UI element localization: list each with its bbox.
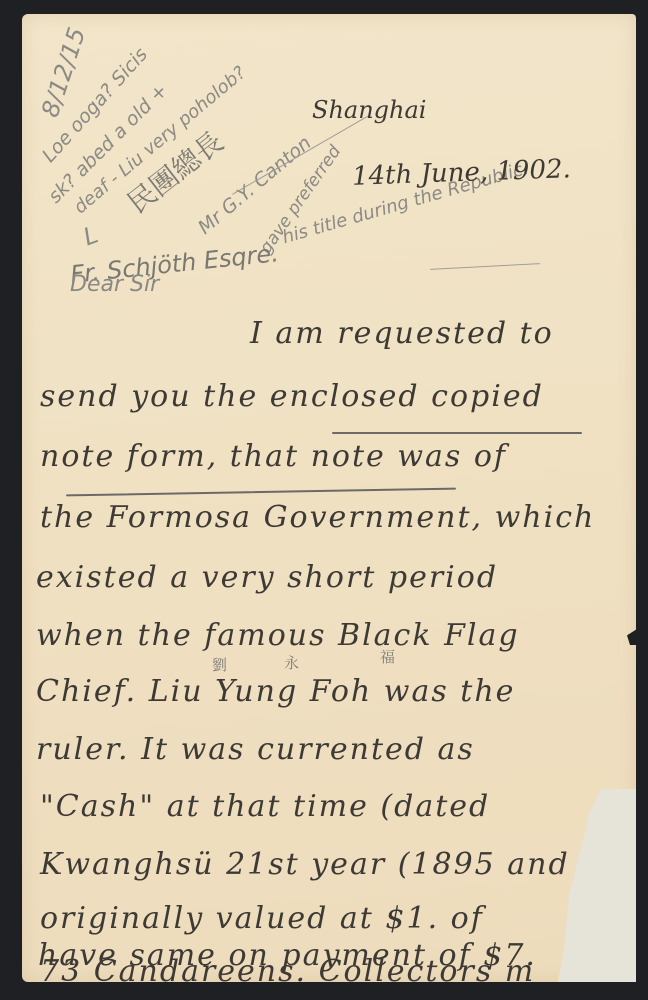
body-line-3: note form, that note was of: [40, 439, 507, 474]
pencil-mark: L: [80, 221, 102, 252]
pencil-underline-republic: [430, 263, 540, 270]
body-line-9: "Cash" at that time (dated: [40, 789, 490, 824]
torn-corner: [558, 789, 636, 982]
letter-date: 14th June, 1902.: [352, 154, 572, 192]
body-line-1: I am requested to: [250, 316, 554, 351]
body-line-10: Kwanghsü 21st year (1895 and: [40, 847, 570, 882]
chinese-char-liu: 劉: [212, 654, 227, 675]
body-line-11: originally valued at $1. of: [40, 901, 484, 936]
body-line-6: when the famous Black Flag: [36, 618, 520, 653]
chinese-char-yung: 永: [284, 652, 299, 673]
page-edge-notch: [627, 629, 637, 645]
salutation: Dear Sir: [70, 272, 159, 297]
body-line-4: the Formosa Government, which: [40, 500, 595, 535]
body-line-5: existed a very short period: [36, 560, 498, 595]
letter-place: Shanghai: [312, 96, 426, 124]
chinese-char-fuk: 福: [380, 646, 395, 667]
letter-page: 8/12/15 Loe ooga? Sicis sk? abed a old +…: [22, 14, 636, 982]
underline-enclosed-copied: [332, 432, 582, 434]
body-line-7: Chief. Liu Yung Foh was the: [36, 674, 515, 709]
body-line-2: send you the enclosed copied: [40, 379, 544, 414]
body-line-8: ruler. It was currented as: [36, 732, 475, 767]
body-line-13: have same on payment of $7.: [38, 938, 537, 973]
underline-note-form: [66, 488, 456, 497]
